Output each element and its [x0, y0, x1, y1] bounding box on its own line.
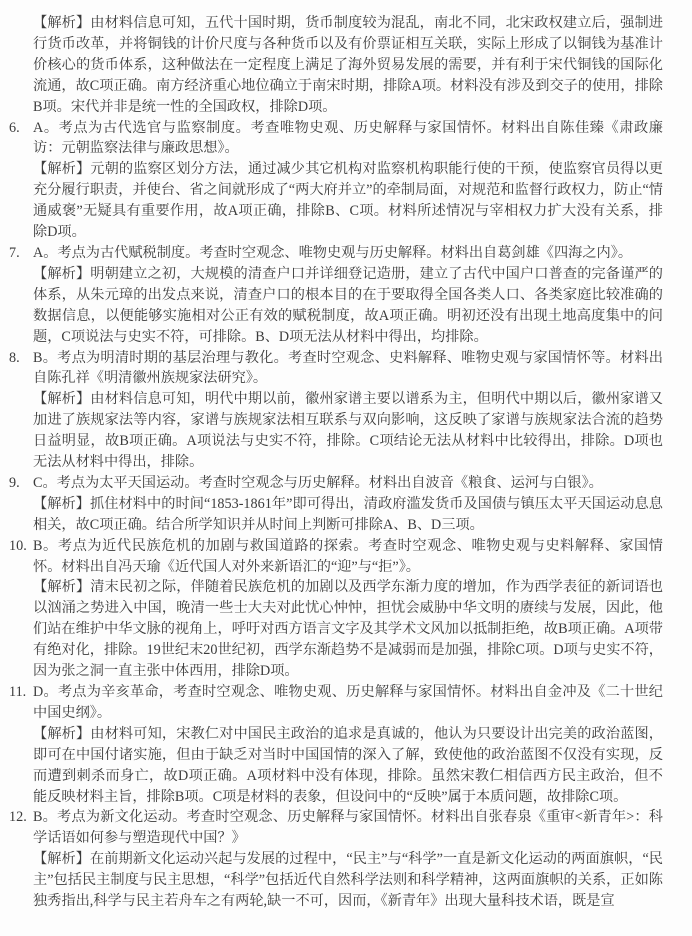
item-lead: B。考点为近代民族危机的加剧与救国道路的探索。考查时空观念、唯物史观与史料解释、… — [33, 536, 663, 578]
answer-item-11: 11. D。考点为辛亥革命，考查时空观念、唯物史观、历史解释与家国情怀。材料出自… — [33, 682, 663, 807]
item-analysis: 【解析】明朝建立之初，大规模的清查户口并详细登记造册，建立了古代中国户口普查的完… — [33, 264, 663, 348]
item-number: 9. — [9, 473, 20, 494]
item-analysis: 【解析】抓住材料中的时间“1853-1861年”即可得出，清政府滥发货币及国债与… — [33, 494, 663, 536]
item-number: 10. — [9, 536, 27, 557]
item-number: 12. — [9, 807, 27, 828]
item-analysis: 【解析】由材料可知，宋教仁对中国民主政治的追求是真诚的，他认为只要设计出完美的政… — [33, 724, 663, 808]
item-analysis: 【解析】清末民初之际，伴随着民族危机的加剧以及西学东渐力度的增加，作为西学表征的… — [33, 577, 663, 682]
item-lead: D。考点为辛亥革命，考查时空观念、唯物史观、历史解释与家国情怀。材料出自金冲及《… — [33, 682, 663, 724]
item-lead: A。考点为古代选官与监察制度。考查唯物史观、历史解释与家国情怀。材料出自陈佳臻《… — [33, 118, 663, 160]
item-lead: B。考点为明清时期的基层治理与教化。考查时空观念、史料解释、唯物史观与家国情怀等… — [33, 348, 663, 390]
answer-item-10: 10. B。考点为近代民族危机的加剧与救国道路的探索。考查时空观念、唯物史观与史… — [33, 536, 663, 682]
item-number: 11. — [9, 682, 26, 703]
item-lead: C。考点为太平天国运动。考查时空观念与历史解释。材料出自波音《粮食、运河与白银》… — [33, 473, 663, 494]
item-analysis: 【解析】在前期新文化运动兴起与发展的过程中，“民主”与“科学”一直是新文化运动的… — [33, 849, 663, 912]
item-number: 6. — [9, 118, 20, 139]
answer-key-page: 【解析】由材料信息可知，五代十国时期，货币制度较为混乱，南北不同，北宋政权建立后… — [0, 0, 692, 936]
item-analysis: 【解析】元朝的监察区划分方法，通过减少其它机构对监察机构职能行使的干预，使监察官… — [33, 159, 663, 243]
item-lead: B。考点为新文化运动。考查时空观念、历史解释与家国情怀。材料出自张春泉《重审<新… — [33, 807, 663, 849]
answer-item-7: 7. A。考点为古代赋税制度。考查时空观念、唯物史观与历史解释。材料出自葛剑雄《… — [33, 243, 663, 348]
item-analysis: 【解析】由材料信息可知，明代中期以前，徽州家谱主要以谱系为主，但明代中期以后，徽… — [33, 389, 663, 473]
answer-item-8: 8. B。考点为明清时期的基层治理与教化。考查时空观念、史料解释、唯物史观与家国… — [33, 348, 663, 473]
answer-item-9: 9. C。考点为太平天国运动。考查时空观念与历史解释。材料出自波音《粮食、运河与… — [33, 473, 663, 536]
item-lead: A。考点为古代赋税制度。考查时空观念、唯物史观与历史解释。材料出自葛剑雄《四海之… — [33, 243, 663, 264]
item-number: 8. — [9, 348, 20, 369]
item-number: 7. — [9, 243, 20, 264]
answer-item-6: 6. A。考点为古代选官与监察制度。考查唯物史观、历史解释与家国情怀。材料出自陈… — [33, 118, 663, 243]
analysis-continuation: 【解析】由材料信息可知，五代十国时期，货币制度较为混乱，南北不同，北宋政权建立后… — [33, 13, 663, 118]
answer-item-12: 12. B。考点为新文化运动。考查时空观念、历史解释与家国情怀。材料出自张春泉《… — [33, 807, 663, 912]
